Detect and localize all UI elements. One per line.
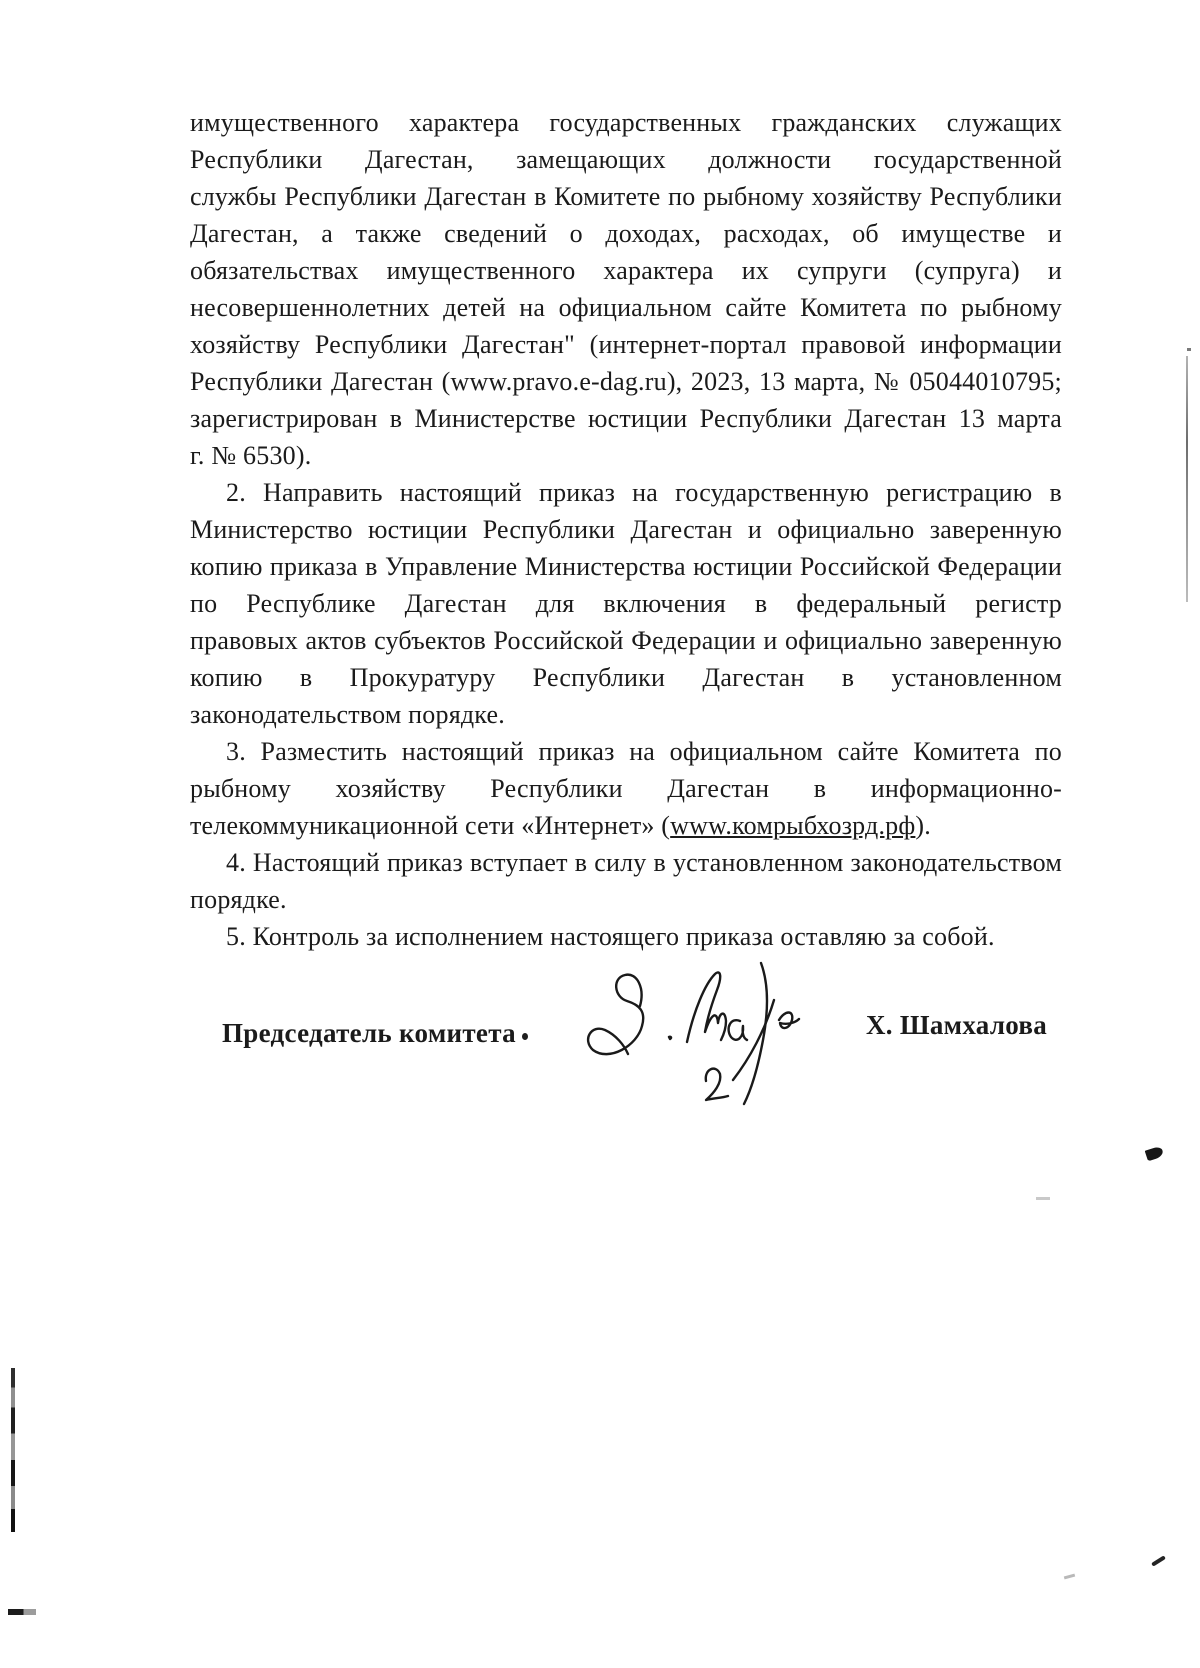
text-line: несовершеннолетних детей на официальном … bbox=[190, 289, 1062, 326]
text-line: копию приказа в Управление Министерства … bbox=[190, 548, 1062, 585]
scan-artifact-blob bbox=[1145, 1146, 1165, 1162]
text-line: 2. Направить настоящий приказ на государ… bbox=[190, 474, 1062, 511]
text-line: законодательством порядке. bbox=[190, 696, 1062, 733]
scan-artifact-dash bbox=[8, 1609, 36, 1615]
text-line: обязательствах имущественного характера … bbox=[190, 252, 1062, 289]
document-body: имущественного характера государственных… bbox=[190, 104, 1062, 955]
text-line: службы Республики Дагестан в Комитете по… bbox=[190, 178, 1062, 215]
text-line: 4. Настоящий приказ вступает в силу в ус… bbox=[190, 844, 1062, 881]
website-link[interactable]: www.комрыбхозрд.рф bbox=[670, 811, 915, 840]
text-line: зарегистрирован в Министерстве юстиции Р… bbox=[190, 400, 1062, 437]
text-line: Республики Дагестан (www.pravo.e-dag.ru)… bbox=[190, 363, 1062, 400]
signer-position-title: Председатель комитета bbox=[222, 1018, 516, 1049]
scan-artifact-vertical-line-right bbox=[1186, 356, 1188, 602]
signer-name: Х. Шамхалова bbox=[866, 1010, 1047, 1041]
text-line: имущественного характера государственных… bbox=[190, 104, 1062, 141]
text-line: Дагестан, а также сведений о доходах, ра… bbox=[190, 215, 1062, 252]
handwritten-signature bbox=[565, 948, 835, 1123]
text-line: порядке. bbox=[190, 881, 1062, 918]
scanned-document-page: имущественного характера государственных… bbox=[0, 0, 1200, 1668]
text-line: правовых актов субъектов Российской Феде… bbox=[190, 622, 1062, 659]
text-line: хозяйству Республики Дагестан" (интернет… bbox=[190, 326, 1062, 363]
text-line: рыбному хозяйству Республики Дагестан в … bbox=[190, 770, 1062, 807]
text-line: г. № 6530). bbox=[190, 437, 1062, 474]
text-line: по Республике Дагестан для включения в ф… bbox=[190, 585, 1062, 622]
scan-artifact-vertical-line-left bbox=[11, 1368, 15, 1532]
scan-artifact-speck bbox=[1064, 1574, 1075, 1580]
url-line-prefix: телекоммуникационной сети «Интернет» ( bbox=[190, 811, 670, 840]
scan-artifact-dot bbox=[522, 1033, 528, 1040]
scan-artifact-dot bbox=[1187, 348, 1191, 351]
text-line: 3. Разместить настоящий приказ на официа… bbox=[190, 733, 1062, 770]
text-line: копию в Прокуратуру Республики Дагестан … bbox=[190, 659, 1062, 696]
scan-artifact-speck bbox=[1036, 1197, 1050, 1200]
url-line-suffix: ). bbox=[915, 811, 931, 840]
text-line: Министерство юстиции Республики Дагестан… bbox=[190, 511, 1062, 548]
text-line: Республики Дагестан, замещающих должност… bbox=[190, 141, 1062, 178]
scan-artifact-tick bbox=[1151, 1555, 1166, 1566]
text-line-with-link: телекоммуникационной сети «Интернет» (ww… bbox=[190, 807, 1062, 844]
